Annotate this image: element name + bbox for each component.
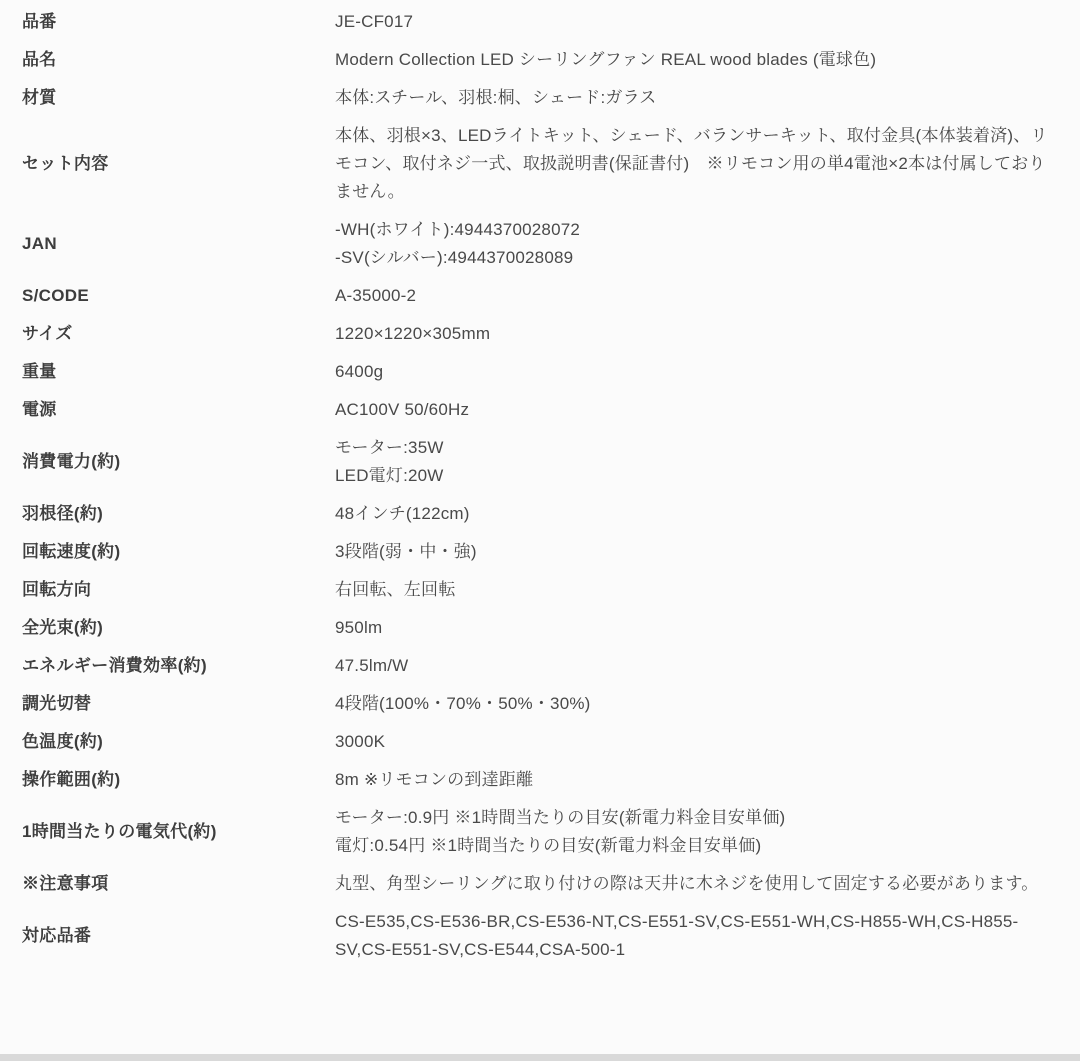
spec-row: 1時間当たりの電気代(約)モーター:0.9円 ※1時間当たりの目安(新電力料金目… xyxy=(22,799,1062,865)
spec-label: 1時間当たりの電気代(約) xyxy=(22,818,335,846)
spec-value: 本体:スチール、羽根:桐、シェード:ガラス xyxy=(335,84,1062,112)
spec-value: Modern Collection LED シーリングファン REAL wood… xyxy=(335,46,1062,74)
spec-label: 重量 xyxy=(22,358,335,386)
spec-value: 6400g xyxy=(335,358,1062,386)
spec-label: 調光切替 xyxy=(22,690,335,718)
spec-row: エネルギー消費効率(約)47.5lm/W xyxy=(22,647,1062,685)
spec-row: 品番JE-CF017 xyxy=(22,3,1062,41)
spec-row: S/CODEA-35000-2 xyxy=(22,277,1062,315)
spec-value: モーター:35WLED電灯:20W xyxy=(335,434,1062,490)
bottom-divider xyxy=(0,1054,1080,1061)
spec-value-line: 47.5lm/W xyxy=(335,652,1062,680)
spec-value-line: AC100V 50/60Hz xyxy=(335,396,1062,424)
spec-value-line: 本体、羽根×3、LEDライトキット、シェード、バランサーキット、取付金具(本体装… xyxy=(335,122,1062,206)
spec-value-line: 6400g xyxy=(335,358,1062,386)
spec-value: 右回転、左回転 xyxy=(335,576,1062,604)
spec-row: 品名Modern Collection LED シーリングファン REAL wo… xyxy=(22,41,1062,79)
spec-label: サイズ xyxy=(22,320,335,348)
spec-value: 4段階(100%・70%・50%・30%) xyxy=(335,690,1062,718)
spec-value-line: モーター:0.9円 ※1時間当たりの目安(新電力料金目安単価) xyxy=(335,804,1062,832)
spec-label: 色温度(約) xyxy=(22,728,335,756)
spec-value-line: 丸型、角型シーリングに取り付けの際は天井に木ネジを使用して固定する必要があります… xyxy=(335,870,1062,898)
spec-label: 回転方向 xyxy=(22,576,335,604)
spec-label: JAN xyxy=(22,230,335,258)
spec-value-line: モーター:35W xyxy=(335,434,1062,462)
spec-value: 丸型、角型シーリングに取り付けの際は天井に木ネジを使用して固定する必要があります… xyxy=(335,870,1062,898)
spec-row: 対応品番CS-E535,CS-E536-BR,CS-E536-NT,CS-E55… xyxy=(22,903,1062,969)
spec-row: 色温度(約)3000K xyxy=(22,723,1062,761)
spec-value: -WH(ホワイト):4944370028072-SV(シルバー):4944370… xyxy=(335,216,1062,272)
spec-label: ※注意事項 xyxy=(22,870,335,898)
spec-row: JAN-WH(ホワイト):4944370028072-SV(シルバー):4944… xyxy=(22,211,1062,277)
spec-value-line: 1220×1220×305mm xyxy=(335,320,1062,348)
spec-value: 47.5lm/W xyxy=(335,652,1062,680)
spec-label: 回転速度(約) xyxy=(22,538,335,566)
spec-value: モーター:0.9円 ※1時間当たりの目安(新電力料金目安単価)電灯:0.54円 … xyxy=(335,804,1062,860)
spec-row: 調光切替4段階(100%・70%・50%・30%) xyxy=(22,685,1062,723)
spec-label: エネルギー消費効率(約) xyxy=(22,652,335,680)
spec-value-line: 3段階(弱・中・強) xyxy=(335,538,1062,566)
spec-label: 操作範囲(約) xyxy=(22,766,335,794)
spec-label: 羽根径(約) xyxy=(22,500,335,528)
spec-label: 品名 xyxy=(22,46,335,74)
spec-label: セット内容 xyxy=(22,150,335,178)
spec-row: サイズ1220×1220×305mm xyxy=(22,315,1062,353)
spec-row: 回転方向右回転、左回転 xyxy=(22,571,1062,609)
spec-value-line: JE-CF017 xyxy=(335,8,1062,36)
spec-value-line: 950lm xyxy=(335,614,1062,642)
spec-row: 全光束(約)950lm xyxy=(22,609,1062,647)
spec-value-line: CS-E535,CS-E536-BR,CS-E536-NT,CS-E551-SV… xyxy=(335,908,1062,964)
spec-value: 8m ※リモコンの到達距離 xyxy=(335,766,1062,794)
spec-value-line: Modern Collection LED シーリングファン REAL wood… xyxy=(335,46,1062,74)
spec-value-line: 3000K xyxy=(335,728,1062,756)
product-spec-table: 品番JE-CF017品名Modern Collection LED シーリングフ… xyxy=(0,0,1080,969)
spec-value: JE-CF017 xyxy=(335,8,1062,36)
spec-value-line: 本体:スチール、羽根:桐、シェード:ガラス xyxy=(335,84,1062,112)
spec-value-line: -SV(シルバー):4944370028089 xyxy=(335,244,1062,272)
spec-row: 回転速度(約)3段階(弱・中・強) xyxy=(22,533,1062,571)
spec-label: 対応品番 xyxy=(22,922,335,950)
spec-label: 全光束(約) xyxy=(22,614,335,642)
spec-value: AC100V 50/60Hz xyxy=(335,396,1062,424)
spec-label: 品番 xyxy=(22,8,335,36)
spec-value: 950lm xyxy=(335,614,1062,642)
spec-row: 消費電力(約)モーター:35WLED電灯:20W xyxy=(22,429,1062,495)
spec-label: 材質 xyxy=(22,84,335,112)
spec-value-line: 電灯:0.54円 ※1時間当たりの目安(新電力料金目安単価) xyxy=(335,832,1062,860)
spec-value: 3000K xyxy=(335,728,1062,756)
spec-row: 操作範囲(約)8m ※リモコンの到達距離 xyxy=(22,761,1062,799)
spec-label: 電源 xyxy=(22,396,335,424)
spec-value: A-35000-2 xyxy=(335,282,1062,310)
spec-value-line: 8m ※リモコンの到達距離 xyxy=(335,766,1062,794)
spec-label: 消費電力(約) xyxy=(22,448,335,476)
spec-row: 電源AC100V 50/60Hz xyxy=(22,391,1062,429)
spec-value: 本体、羽根×3、LEDライトキット、シェード、バランサーキット、取付金具(本体装… xyxy=(335,122,1062,206)
spec-value-line: 4段階(100%・70%・50%・30%) xyxy=(335,690,1062,718)
spec-value: 1220×1220×305mm xyxy=(335,320,1062,348)
spec-value-line: -WH(ホワイト):4944370028072 xyxy=(335,216,1062,244)
spec-value-line: A-35000-2 xyxy=(335,282,1062,310)
spec-value-line: 右回転、左回転 xyxy=(335,576,1062,604)
spec-label: S/CODE xyxy=(22,282,335,310)
spec-row: セット内容本体、羽根×3、LEDライトキット、シェード、バランサーキット、取付金… xyxy=(22,117,1062,211)
spec-row: 羽根径(約)48インチ(122cm) xyxy=(22,495,1062,533)
spec-value: CS-E535,CS-E536-BR,CS-E536-NT,CS-E551-SV… xyxy=(335,908,1062,964)
spec-row: 重量6400g xyxy=(22,353,1062,391)
spec-value-line: LED電灯:20W xyxy=(335,462,1062,490)
spec-row: ※注意事項丸型、角型シーリングに取り付けの際は天井に木ネジを使用して固定する必要… xyxy=(22,865,1062,903)
spec-value: 48インチ(122cm) xyxy=(335,500,1062,528)
spec-value-line: 48インチ(122cm) xyxy=(335,500,1062,528)
spec-value: 3段階(弱・中・強) xyxy=(335,538,1062,566)
spec-row: 材質本体:スチール、羽根:桐、シェード:ガラス xyxy=(22,79,1062,117)
